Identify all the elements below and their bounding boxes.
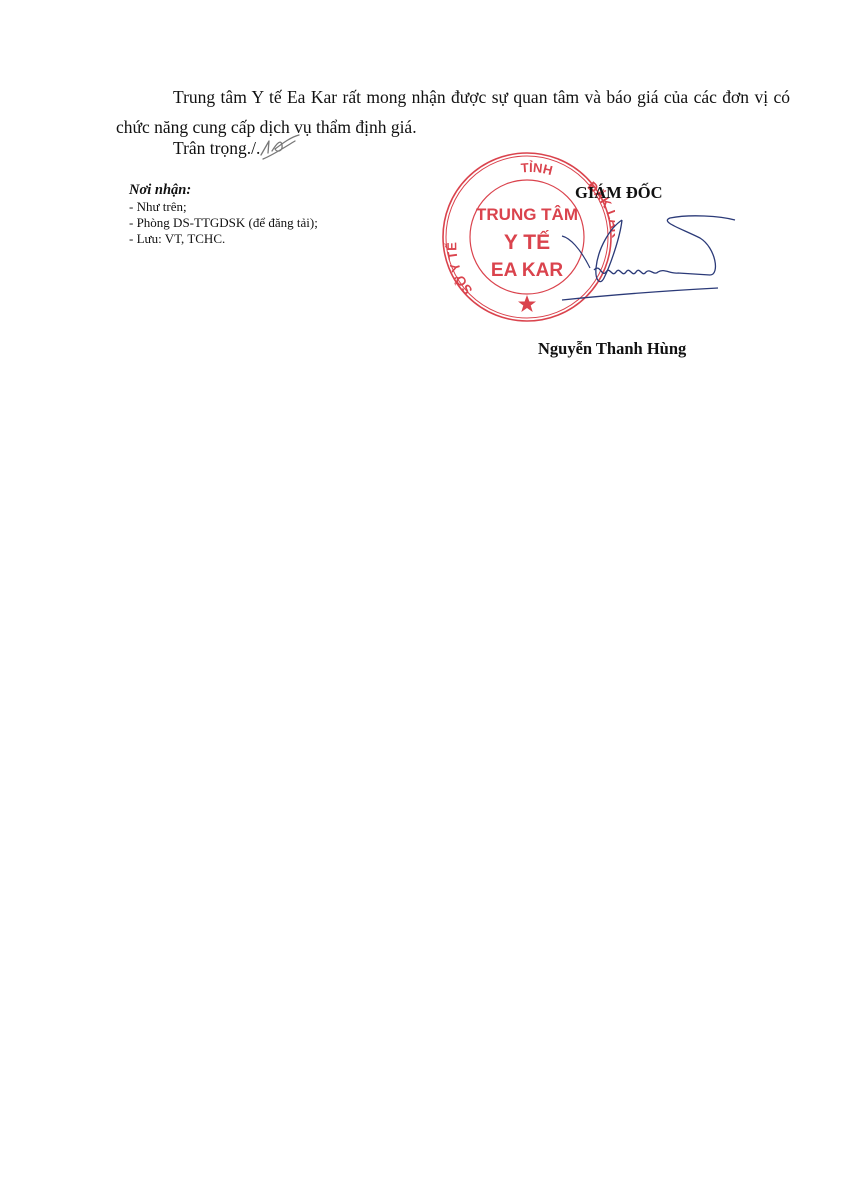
signer-title: GIÁM ĐỐC <box>575 183 663 203</box>
recipient-item: - Phòng DS-TTGDSK (để đăng tải); <box>129 215 318 231</box>
stamp-ring-text-left: SỞ Y TẾ <box>444 242 475 298</box>
recipient-item: - Như trên; <box>129 199 318 215</box>
initials-mark-icon <box>255 133 305 163</box>
body-paragraph: Trung tâm Y tế Ea Kar rất mong nhận được… <box>116 82 790 142</box>
signer-name: Nguyễn Thanh Hùng <box>538 339 686 359</box>
handwritten-signature <box>560 208 750 308</box>
recipients-list: - Như trên; - Phòng DS-TTGDSK (để đăng t… <box>129 199 318 247</box>
recipients-title: Nơi nhận: <box>129 181 318 199</box>
stamp-ring-text-top: TỈNH <box>520 160 554 178</box>
closing-text: Trân trọng./. <box>173 136 260 160</box>
stamp-center-line-2: Y TẾ <box>504 231 550 254</box>
stamp-star-icon <box>518 295 536 312</box>
recipients-block: Nơi nhận: - Như trên; - Phòng DS-TTGDSK … <box>129 181 318 247</box>
stamp-center-line-3: EA KAR <box>491 260 563 281</box>
recipient-item: - Lưu: VT, TCHC. <box>129 231 318 247</box>
